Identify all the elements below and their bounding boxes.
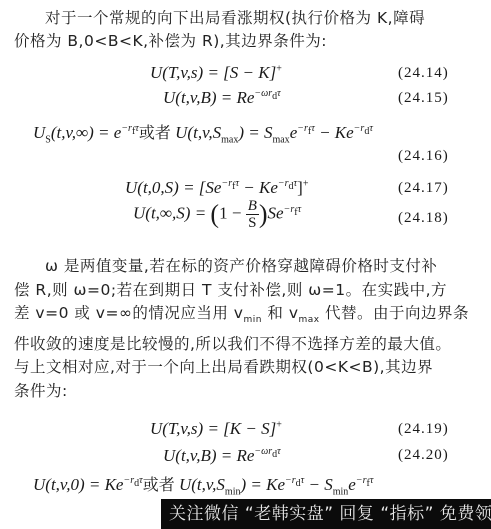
equation-number-24-19: (24.19): [398, 421, 449, 438]
intro-paragraph: 对于一个常规的向下出局看涨期权(执行价格为 K,障碍 价格为 B,0<B<K,补…: [14, 7, 464, 53]
watermark-banner: 关注微信 “老韩实盘” 回复 “指标” 免费领: [161, 499, 491, 529]
explanation-line-5: 与上文相对应,对于一个向上出局看跌期权(0<K<B),其边界: [14, 356, 464, 380]
explanation-line-3: 差 v=0 或 v=∞的情况应当用 vmin 和 vmax 代替。由于向边界条: [14, 302, 464, 333]
eq14-superscript: +: [276, 63, 282, 74]
eq15-body: U(t,v,B) = Re: [163, 88, 254, 107]
equation-number-24-17: (24.17): [398, 180, 449, 197]
equation-number-24-15: (24.15): [398, 90, 449, 107]
intro-line-2: 价格为 B,0<B<K,补偿为 R),其边界条件为:: [14, 30, 464, 53]
equation-24-15: U(t,v,B) = Re−ωrdτ: [163, 88, 281, 108]
equation-number-24-18: (24.18): [398, 210, 449, 227]
equation-24-16: US(t,v,∞) = e−rfτ或者 U(t,v,Smax) = Smaxe−…: [33, 120, 373, 145]
eq14-body: U(T,v,s) = [S − K]: [150, 63, 276, 82]
document-page: 对于一个常规的向下出局看涨期权(执行价格为 K,障碍 价格为 B,0<B<K,补…: [0, 0, 491, 529]
intro-line-1: 对于一个常规的向下出局看涨期权(执行价格为 K,障碍: [14, 7, 464, 30]
explanation-line-1: ω 是两值变量,若在标的资产价格穿越障碍价格时支付补: [14, 255, 464, 279]
explanation-line-2: 偿 R,则 ω=0;若在到期日 T 支付补偿,则 ω=1。在实践中,方: [14, 279, 464, 303]
equation-24-21: U(t,v,0) = Ke−rdτ或者 U(t,v,Smin) = Ke−rdτ…: [33, 472, 373, 497]
equation-number-24-20: (24.20): [398, 447, 449, 464]
explanation-paragraph: ω 是两值变量,若在标的资产价格穿越障碍价格时支付补 偿 R,则 ω=0;若在到…: [14, 255, 464, 403]
equation-24-14: U(T,v,s) = [S − K]+: [150, 63, 282, 83]
eq16-or-label: 或者: [139, 123, 171, 142]
equation-24-18: U(t,∞,S) = (1 − BS)Se−rfτ: [133, 198, 301, 231]
equation-number-24-14: (24.14): [398, 65, 449, 82]
explanation-line-6: 条件为:: [14, 380, 464, 404]
equation-24-19: U(T,v,s) = [K − S]+: [150, 419, 282, 439]
eq21-or-label: 或者: [143, 475, 175, 494]
explanation-line-4: 件收敛的速度是比较慢的,所以我们不得不选择方差的最大值。: [14, 333, 464, 357]
equation-24-17: U(t,0,S) = [Se−rfτ − Ke−rdτ]+: [125, 178, 308, 198]
fraction-b-over-s: BS: [246, 198, 259, 231]
equation-number-24-16: (24.16): [398, 148, 449, 165]
equation-24-20: U(t,v,B) = Re−ωrdτ: [163, 446, 281, 466]
